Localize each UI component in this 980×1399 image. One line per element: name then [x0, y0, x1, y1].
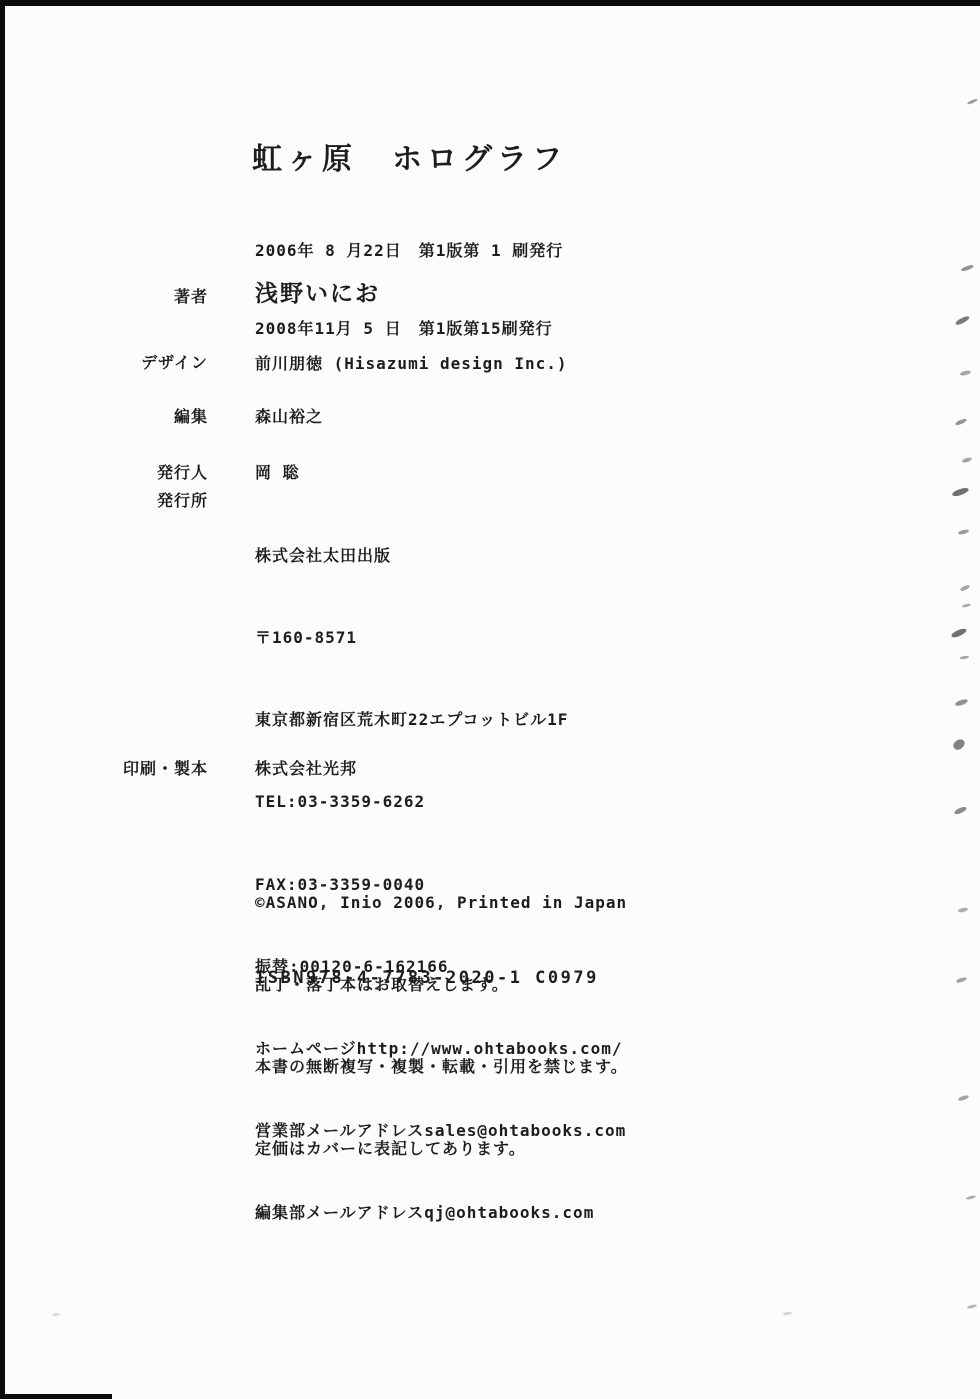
author-name: 浅野いにお	[255, 275, 380, 308]
publisher-tel: TEL:03-3359-6262	[255, 788, 626, 815]
scan-smudge	[954, 805, 968, 815]
design-label: デザイン	[60, 350, 208, 373]
printing-label: 印刷・製本	[60, 756, 208, 779]
scan-smudge	[960, 370, 972, 377]
scan-smudge	[967, 98, 978, 105]
print-history-line-2: 2008年11月 5 日 第1版第15刷発行	[255, 316, 563, 342]
publisher-person-name: 岡 聡	[255, 460, 300, 483]
isbn: ISBN978-4-7783-2020-1 C0979	[255, 968, 599, 988]
book-title: 虹ヶ原 ホログラフ	[252, 134, 567, 178]
scan-border-bottom	[0, 1394, 112, 1399]
scan-smudge	[958, 907, 969, 913]
price-notice: 定価はカバーに表記してあります。	[255, 1135, 628, 1162]
editor-label: 編集	[60, 404, 208, 427]
scan-smudge	[952, 737, 967, 752]
scan-smudge	[962, 603, 971, 608]
scan-smudge	[958, 1094, 970, 1102]
scan-border-top	[0, 0, 980, 6]
publisher-name: 株式会社太田出版	[255, 542, 626, 569]
scan-smudge	[956, 976, 968, 984]
scan-smudge	[967, 1304, 977, 1309]
colophon-page: 虹ヶ原 ホログラフ 2006年 8 月22日 第1版第 1 刷発行 2008年1…	[0, 0, 980, 1399]
notices-block: ©ASANO, Inio 2006, Printed in Japan 乱丁・落…	[255, 834, 628, 1218]
copyright-line: ©ASANO, Inio 2006, Printed in Japan	[255, 889, 628, 916]
scan-smudge	[958, 529, 970, 536]
publisher-address: 東京都新宿区荒木町22エプコットビル1F	[255, 706, 626, 733]
scan-smudge	[951, 486, 969, 497]
editor-name: 森山裕之	[255, 404, 323, 427]
scan-smudge	[955, 315, 971, 326]
design-name: 前川朋徳 (Hisazumi design Inc.)	[255, 351, 568, 374]
scan-smudge	[966, 1195, 976, 1200]
scan-smudge	[955, 698, 969, 707]
print-history-line-1: 2006年 8 月22日 第1版第 1 刷発行	[255, 238, 563, 264]
publisher-postal-code: 〒160-8571	[255, 624, 626, 651]
scan-smudge	[52, 1312, 60, 1316]
publisher-label: 発行所	[60, 488, 208, 511]
scan-border-left	[0, 0, 5, 1399]
scan-smudge	[950, 627, 967, 639]
scan-smudge	[960, 655, 969, 660]
scan-smudge	[960, 584, 971, 592]
scan-smudge	[962, 457, 973, 464]
scan-smudge	[955, 418, 968, 427]
printing-name: 株式会社光邦	[255, 756, 357, 779]
publisher-person-label: 発行人	[60, 460, 208, 483]
scan-smudge	[783, 1311, 792, 1316]
reproduction-notice: 本書の無断複写・複製・転載・引用を禁じます。	[255, 1053, 628, 1080]
scan-smudge	[961, 264, 975, 272]
author-label: 著者	[60, 284, 208, 307]
